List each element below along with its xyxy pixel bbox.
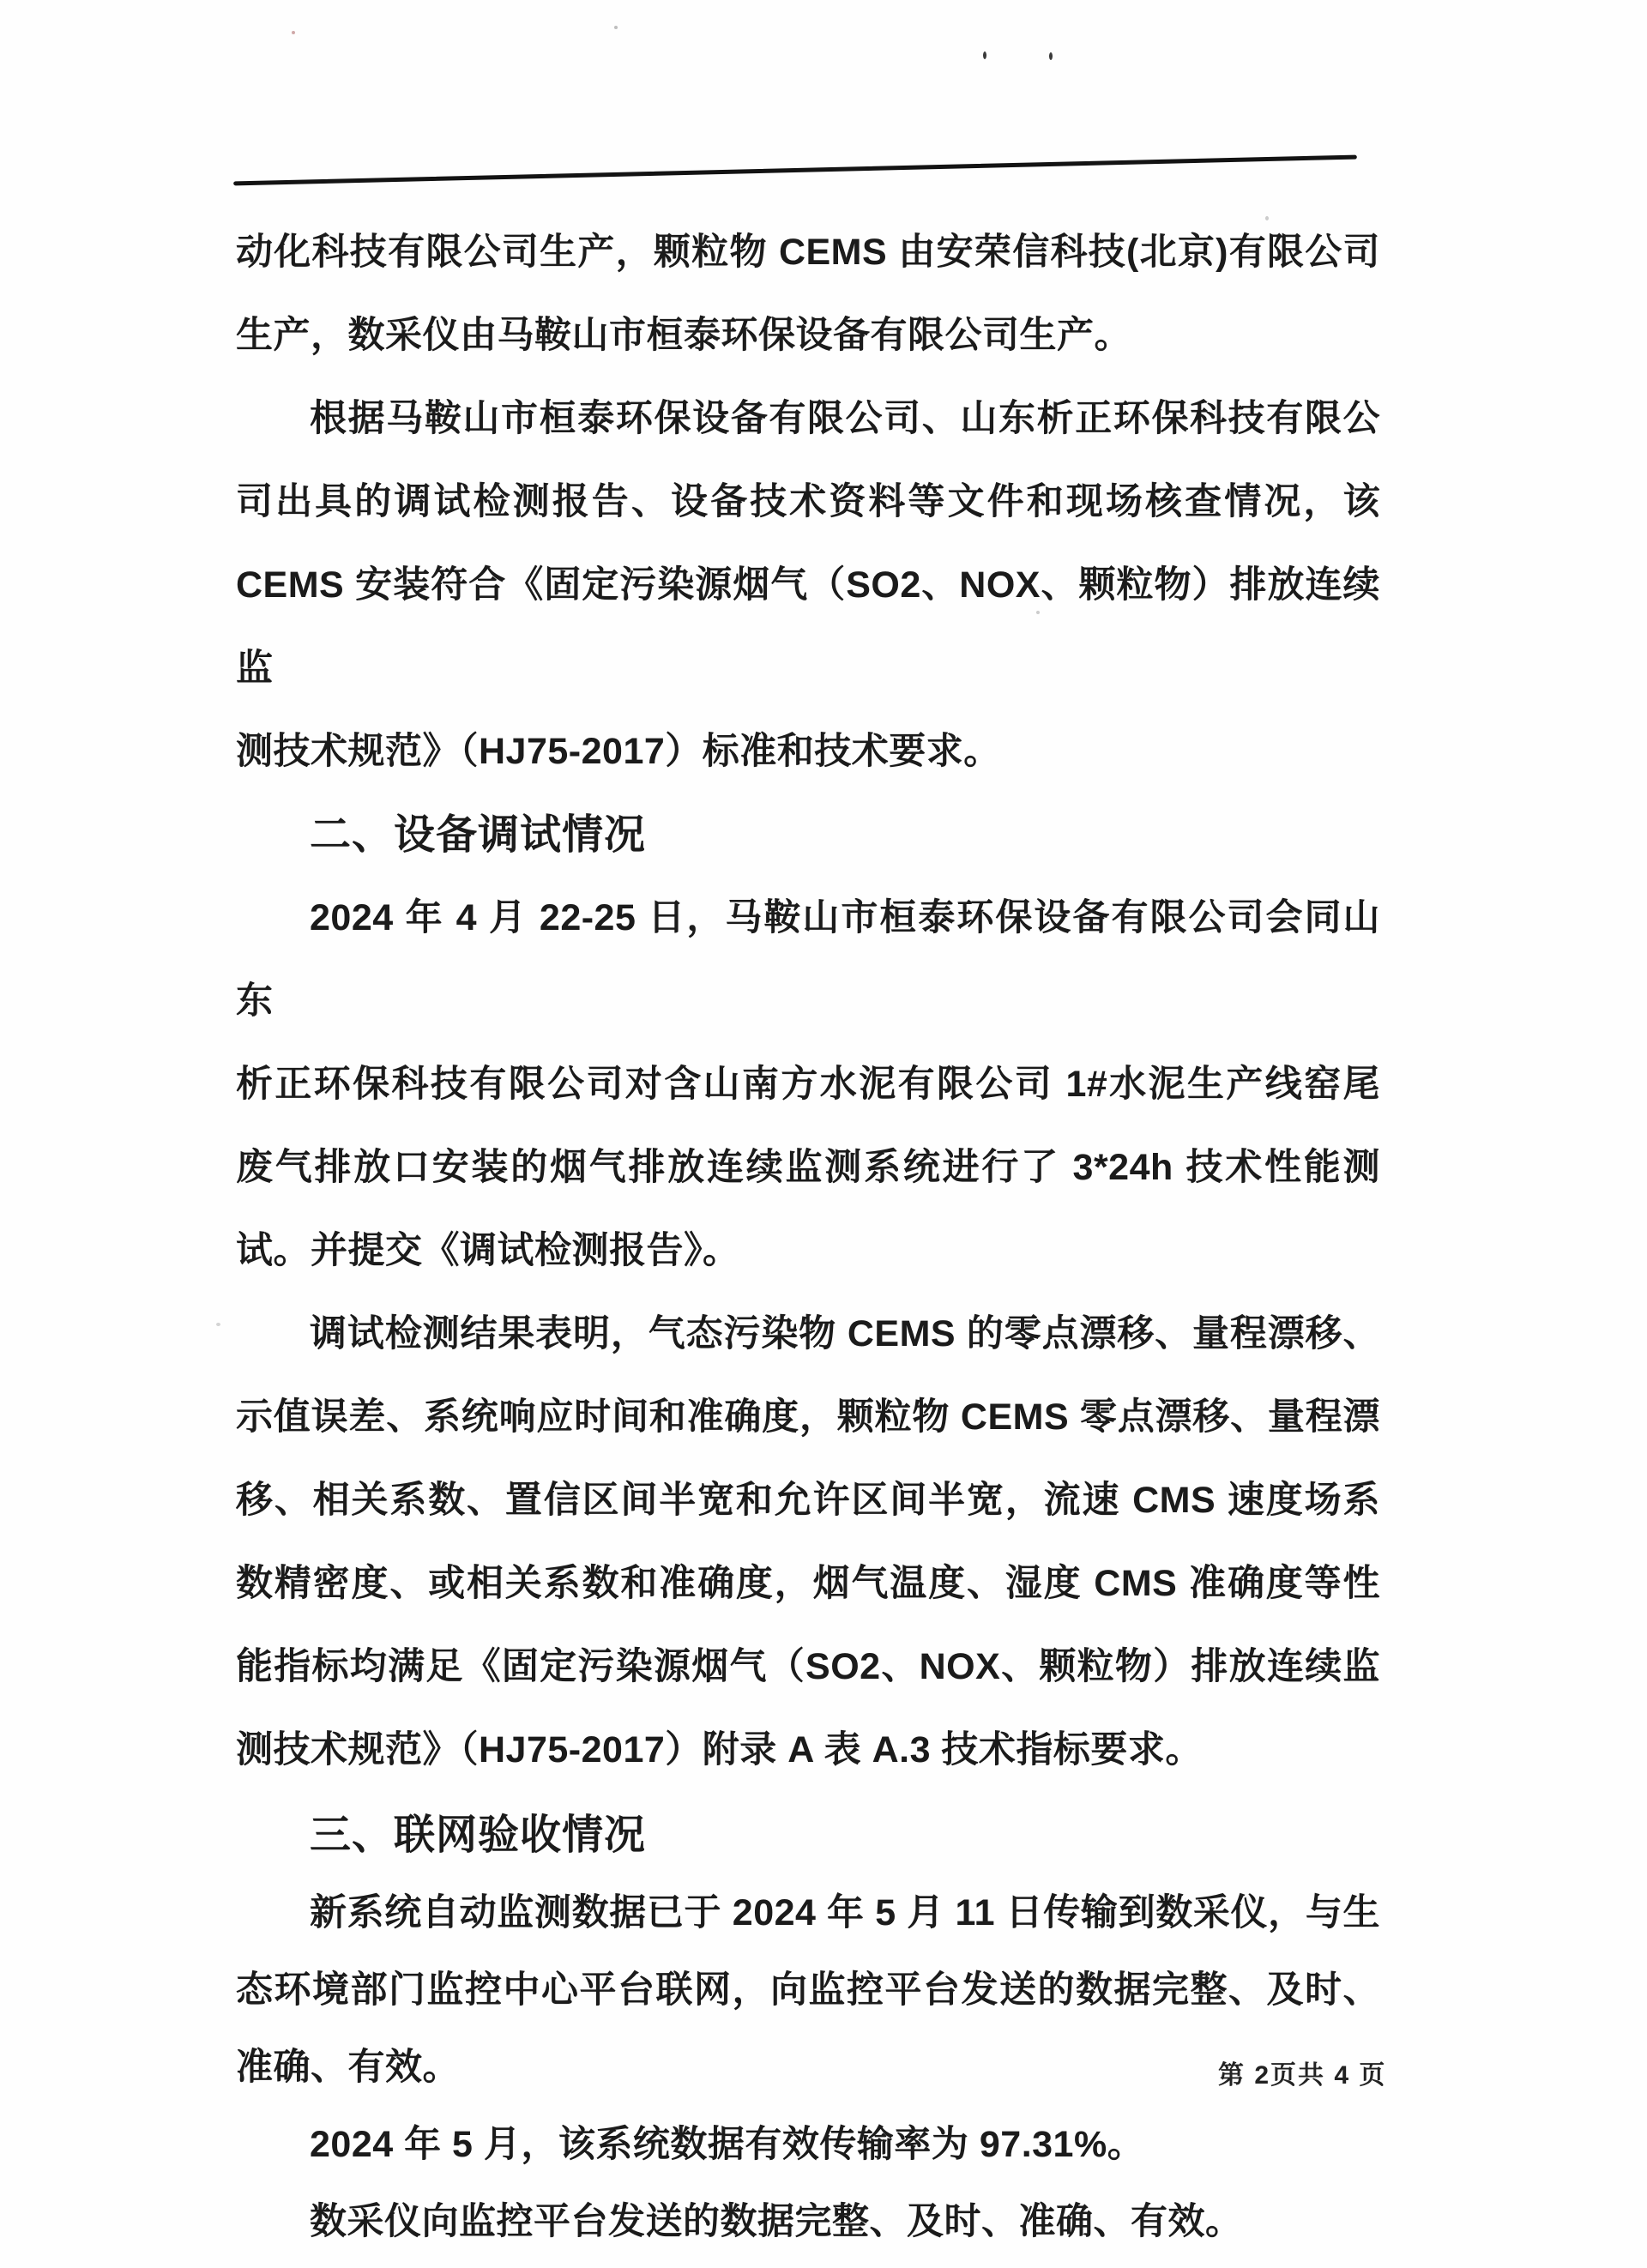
section-lower: 三、联网验收情况新系统自动监测数据已于 2024 年 5 月 11 日传输到数采… <box>236 1797 1380 2260</box>
text-line: 示值误差、系统响应时间和准确度，颗粒物 CEMS 零点漂移、量程漂 <box>236 1376 1380 1459</box>
text-line: 新系统自动监测数据已于 2024 年 5 月 11 日传输到数采仪，与生 <box>236 1874 1380 1951</box>
scan-speck <box>1265 216 1269 220</box>
scan-speck <box>1036 611 1040 614</box>
scan-speck <box>983 51 986 59</box>
text-line: 移、相关系数、置信区间半宽和允许区间半宽，流速 CMS 速度场系 <box>236 1459 1380 1542</box>
scan-speck <box>614 26 618 29</box>
text-line: 能指标均满足《固定污染源烟气（SO2、NOX、颗粒物）排放连续监 <box>236 1626 1380 1709</box>
scan-speck <box>1049 52 1053 60</box>
page-number: 第 2页共 4 页 <box>1218 2057 1386 2095</box>
header-rule <box>233 155 1357 186</box>
text-line: 2024 年 4 月 22-25 日，马鞍山市桓泰环保设备有限公司会同山东 <box>236 877 1380 1043</box>
section-upper: 动化科技有限公司生产，颗粒物 CEMS 由安荣信科技(北京)有限公司生产，数采仪… <box>236 211 1380 1792</box>
text-line: 测技术规范》（HJ75-2017）标准和技术要求。 <box>236 710 1380 793</box>
text-line: 测技术规范》（HJ75-2017）附录 A 表 A.3 技术指标要求。 <box>236 1709 1380 1792</box>
text-line: 2024 年 5 月，该系统数据有效传输率为 97.31%。 <box>236 2106 1380 2183</box>
scanned-page: 动化科技有限公司生产，颗粒物 CEMS 由安荣信科技(北京)有限公司生产，数采仪… <box>0 0 1647 2268</box>
text-line: 生产，数采仪由马鞍山市桓泰环保设备有限公司生产。 <box>236 294 1380 377</box>
scan-speck <box>216 1323 220 1326</box>
text-line: 析正环保科技有限公司对含山南方水泥有限公司 1#水泥生产线窑尾 <box>236 1043 1380 1126</box>
text-line: 态环境部门监控中心平台联网，向监控平台发送的数据完整、及时、 <box>236 1951 1380 2029</box>
text-line: 根据马鞍山市桓泰环保设备有限公司、山东析正环保科技有限公 <box>236 377 1380 461</box>
section-heading: 三、联网验收情况 <box>236 1797 1380 1874</box>
text-line: 动化科技有限公司生产，颗粒物 CEMS 由安荣信科技(北京)有限公司 <box>236 211 1380 294</box>
document-body: 动化科技有限公司生产，颗粒物 CEMS 由安荣信科技(北京)有限公司生产，数采仪… <box>236 211 1380 2260</box>
text-line: 试。并提交《调试检测报告》。 <box>236 1209 1380 1293</box>
text-line: 数采仪向监控平台发送的数据完整、及时、准确、有效。 <box>236 2183 1380 2260</box>
scan-speck <box>292 31 295 34</box>
text-line: 调试检测结果表明，气态污染物 CEMS 的零点漂移、量程漂移、 <box>236 1293 1380 1376</box>
text-line: 数精密度、或相关系数和准确度，烟气温度、湿度 CMS 准确度等性 <box>236 1542 1380 1626</box>
text-line: 准确、有效。 <box>236 2029 1380 2106</box>
text-line: CEMS 安装符合《固定污染源烟气（SO2、NOX、颗粒物）排放连续监 <box>236 544 1380 710</box>
section-heading: 二、设备调试情况 <box>236 793 1380 877</box>
text-line: 司出具的调试检测报告、设备技术资料等文件和现场核查情况，该 <box>236 461 1380 544</box>
text-line: 废气排放口安装的烟气排放连续监测系统进行了 3*24h 技术性能测 <box>236 1126 1380 1209</box>
